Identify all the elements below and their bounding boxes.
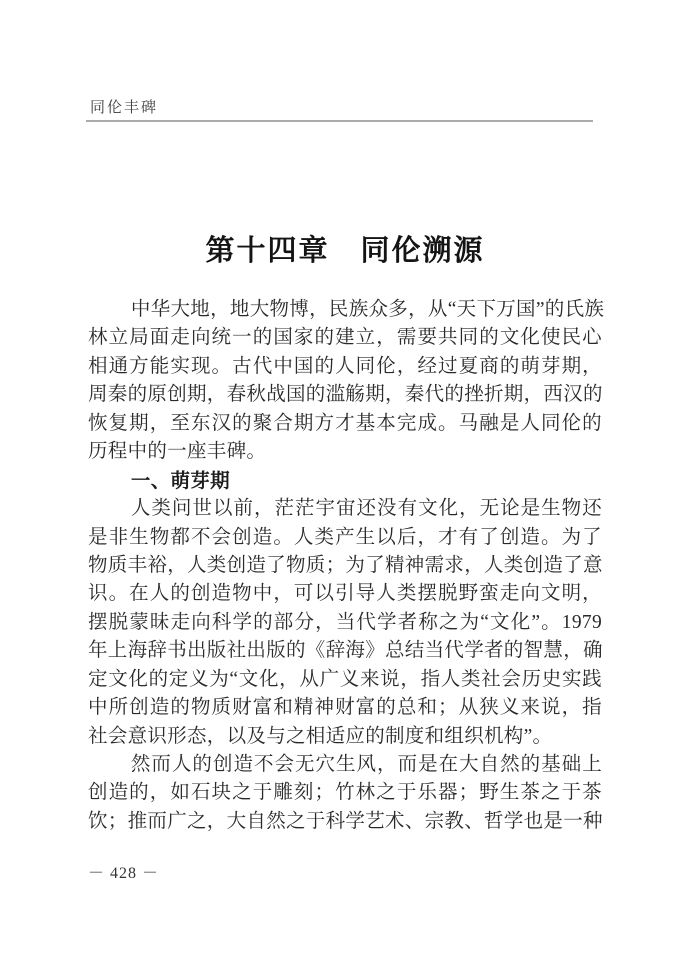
text-line: 物质丰裕，人类创造了物质；为了精神需求，人类创造了意 [88, 552, 602, 580]
text-line: 摆脱蒙昧走向科学的部分，当代学者称之为“文化”。1979 [88, 609, 602, 637]
text-line: 周秦的原创期，春秋战国的滥觞期，秦代的挫折期，西汉的 [88, 381, 602, 409]
paragraph-nature-creation: 然而人的创造不会无穴生风，而是在大自然的基础上创造的，如石块之于雕刻；竹林之于乐… [88, 751, 602, 836]
page-number: － 428 － [88, 860, 159, 883]
text-line: 饮；推而广之，大自然之于科学艺术、宗教、哲学也是一种 [88, 808, 602, 836]
text-line: 然而人的创造不会无穴生风，而是在大自然的基础上 [88, 751, 602, 779]
header-rule-divider [86, 120, 593, 122]
body-text-block: 中华大地，地大物博，民族众多，从“天下万国”的氏族林立局面走向统一的国家的建立，… [88, 296, 602, 836]
book-page: 同伦丰碑 第十四章 同伦溯源 中华大地，地大物博，民族众多，从“天下万国”的氏族… [0, 0, 692, 968]
text-line: 相通方能实现。古代中国的人同伦，经过夏商的萌芽期， [88, 353, 602, 381]
text-line: 年上海辞书出版社出版的《辞海》总结当代学者的智慧，确 [88, 637, 602, 665]
text-line: 中所创造的物质财富和精神财富的总和；从狭义来说，指 [88, 694, 602, 722]
text-line: 创造的，如石块之于雕刻；竹林之于乐器；野生茶之于茶 [88, 779, 602, 807]
text-line: 林立局面走向统一的国家的建立，需要共同的文化使民心 [88, 324, 602, 352]
running-header: 同伦丰碑 [90, 96, 158, 117]
text-line: 社会意识形态，以及与之相适应的制度和组织机构”。 [88, 723, 602, 751]
paragraph-culture-definition: 人类问世以前，茫茫宇宙还没有文化，无论是生物还是非生物都不会创造。人类产生以后，… [88, 495, 602, 751]
text-line: 识。在人的创造物中，可以引导人类摆脱野蛮走向文明， [88, 580, 602, 608]
text-line: 历程中的一座丰碑。 [88, 438, 602, 466]
text-line: 人类问世以前，茫茫宇宙还没有文化，无论是生物还 [88, 495, 602, 523]
text-line: 是非生物都不会创造。人类产生以后，才有了创造。为了 [88, 524, 602, 552]
chapter-title: 第十四章 同伦溯源 [88, 228, 602, 269]
section-heading: 一、萌芽期 [88, 467, 602, 495]
paragraph-intro: 中华大地，地大物博，民族众多，从“天下万国”的氏族林立局面走向统一的国家的建立，… [88, 296, 602, 467]
text-line: 恢复期，至东汉的聚合期方才基本完成。马融是人同伦的 [88, 410, 602, 438]
text-line: 定文化的定义为“文化，从广义来说，指人类社会历史实践 [88, 666, 602, 694]
text-line: 中华大地，地大物博，民族众多，从“天下万国”的氏族 [88, 296, 602, 324]
